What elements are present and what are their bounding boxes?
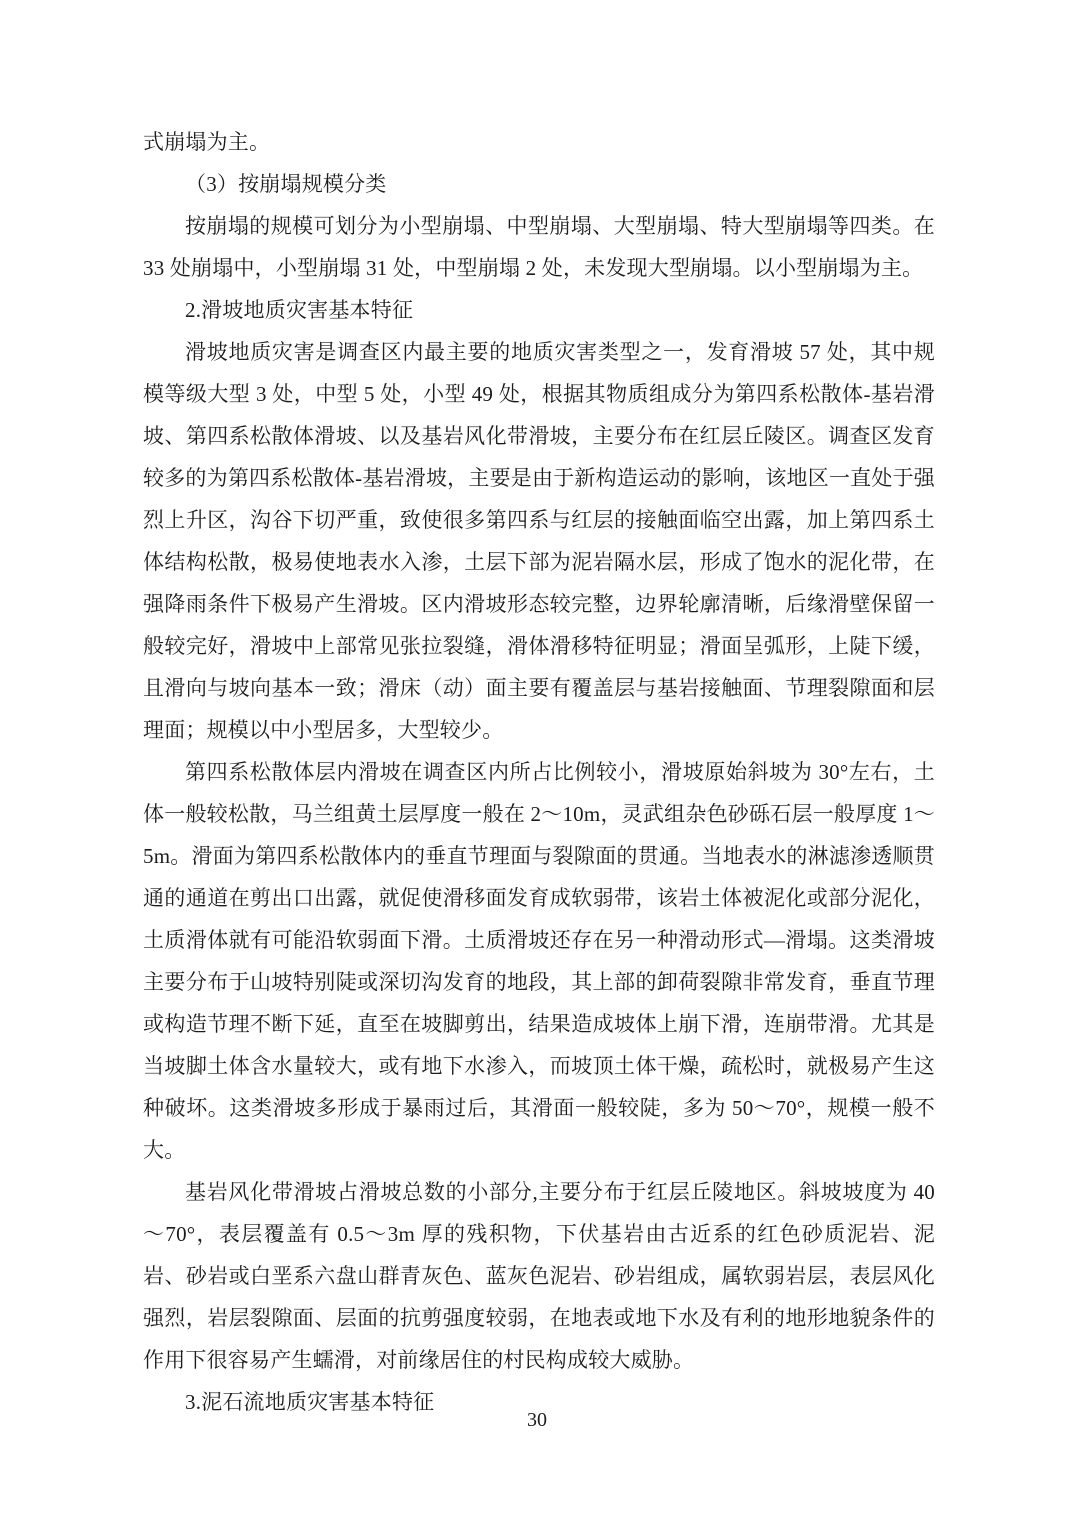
heading-landslide-features: 2.滑坡地质灾害基本特征 xyxy=(143,289,935,331)
para-collapse-scale-detail: 按崩塌的规模可划分为小型崩塌、中型崩塌、大型崩塌、特大型崩塌等四类。在 33 处… xyxy=(143,205,935,289)
para-landslide-overview: 滑坡地质灾害是调查区内最主要的地质灾害类型之一，发育滑坡 57 处，其中规模等级… xyxy=(143,331,935,751)
text-body: 式崩塌为主。 （3）按崩塌规模分类 按崩塌的规模可划分为小型崩塌、中型崩塌、大型… xyxy=(143,121,935,1423)
para-continuation-collapse: 式崩塌为主。 xyxy=(143,121,935,163)
para-quaternary-loose-layer-landslide: 第四系松散体层内滑坡在调查区内所占比例较小，滑坡原始斜坡为 30°左右，土体一般… xyxy=(143,751,935,1171)
heading-collapse-scale-classification: （3）按崩塌规模分类 xyxy=(143,163,935,205)
document-page: 式崩塌为主。 （3）按崩塌规模分类 按崩塌的规模可划分为小型崩塌、中型崩塌、大型… xyxy=(0,0,1074,1520)
para-bedrock-weathering-landslide: 基岩风化带滑坡占滑坡总数的小部分,主要分布于红层丘陵地区。斜坡坡度为 40～70… xyxy=(143,1171,935,1381)
page-number: 30 xyxy=(0,1406,1074,1434)
